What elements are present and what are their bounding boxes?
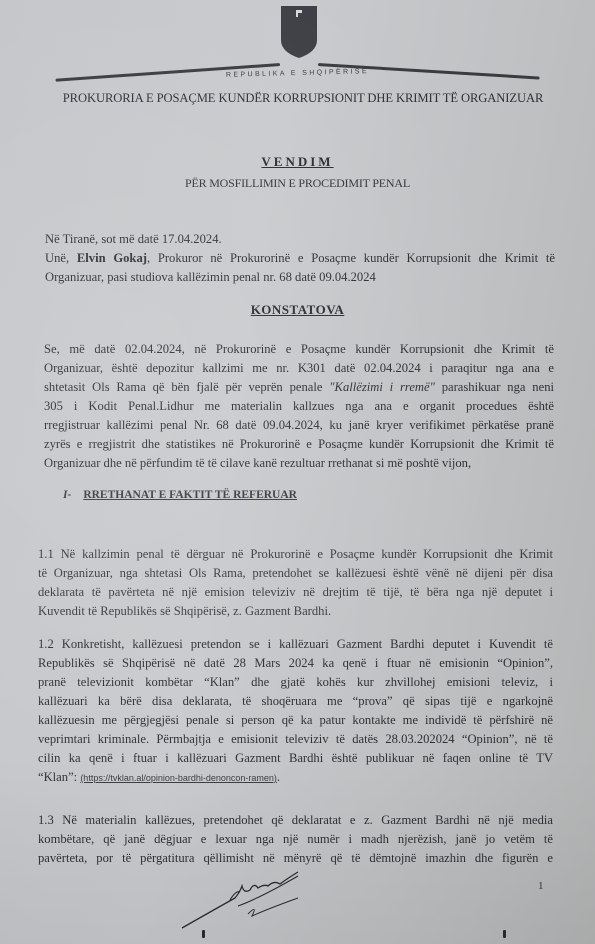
- offense-name: "Kallëzimi i rremë": [329, 380, 435, 394]
- paragraph-1-3: 1.3 Në materialin kallëzues, pretendohet…: [38, 811, 553, 868]
- handwritten-signature-icon: [180, 862, 300, 932]
- coat-of-arms-shield-icon: [279, 4, 319, 60]
- paragraph-1-1: 1.1 Në kallzimin penal të dërguar në Pro…: [38, 545, 553, 621]
- intro-place-date: Në Tiranë, sot më datë 17.04.2024.: [45, 230, 555, 249]
- institution-name: PROKURORIA E POSAÇME KUNDËR KORRUPSIONIT…: [48, 91, 558, 106]
- punch-hole-mark: [503, 930, 506, 938]
- intro-paragraph: Në Tiranë, sot më datë 17.04.2024. Unë, …: [45, 230, 555, 287]
- konstatova-heading: KONSTATOVA: [0, 302, 595, 318]
- page-number: 1: [538, 880, 544, 892]
- constatation-paragraph: Se, më datë 02.04.2024, në Prokurorinë e…: [44, 340, 554, 473]
- document-subtitle: PËR MOSFILLIMIN E PROCEDIMIT PENAL: [0, 176, 595, 191]
- document-page: REPUBLIKA E SHQIPËRISË PROKURORIA E POSA…: [0, 0, 595, 944]
- document-title: VENDIM: [0, 154, 595, 170]
- paragraph-1-2: 1.2 Konkretisht, kallëzuesi pretendon se…: [38, 635, 553, 788]
- punch-hole-mark: [202, 930, 205, 938]
- intro-prosecutor-line: Unë, Elvin Gokaj, Prokuror në Prokurorin…: [45, 249, 555, 268]
- tvklan-link[interactable]: (https://tvklan.al/opinion-bardhi-denonc…: [80, 773, 277, 783]
- section-heading: I-RRETHANAT E FAKTIT TË REFERUAR: [63, 489, 297, 501]
- prosecutor-name: Elvin Gokaj: [77, 251, 147, 265]
